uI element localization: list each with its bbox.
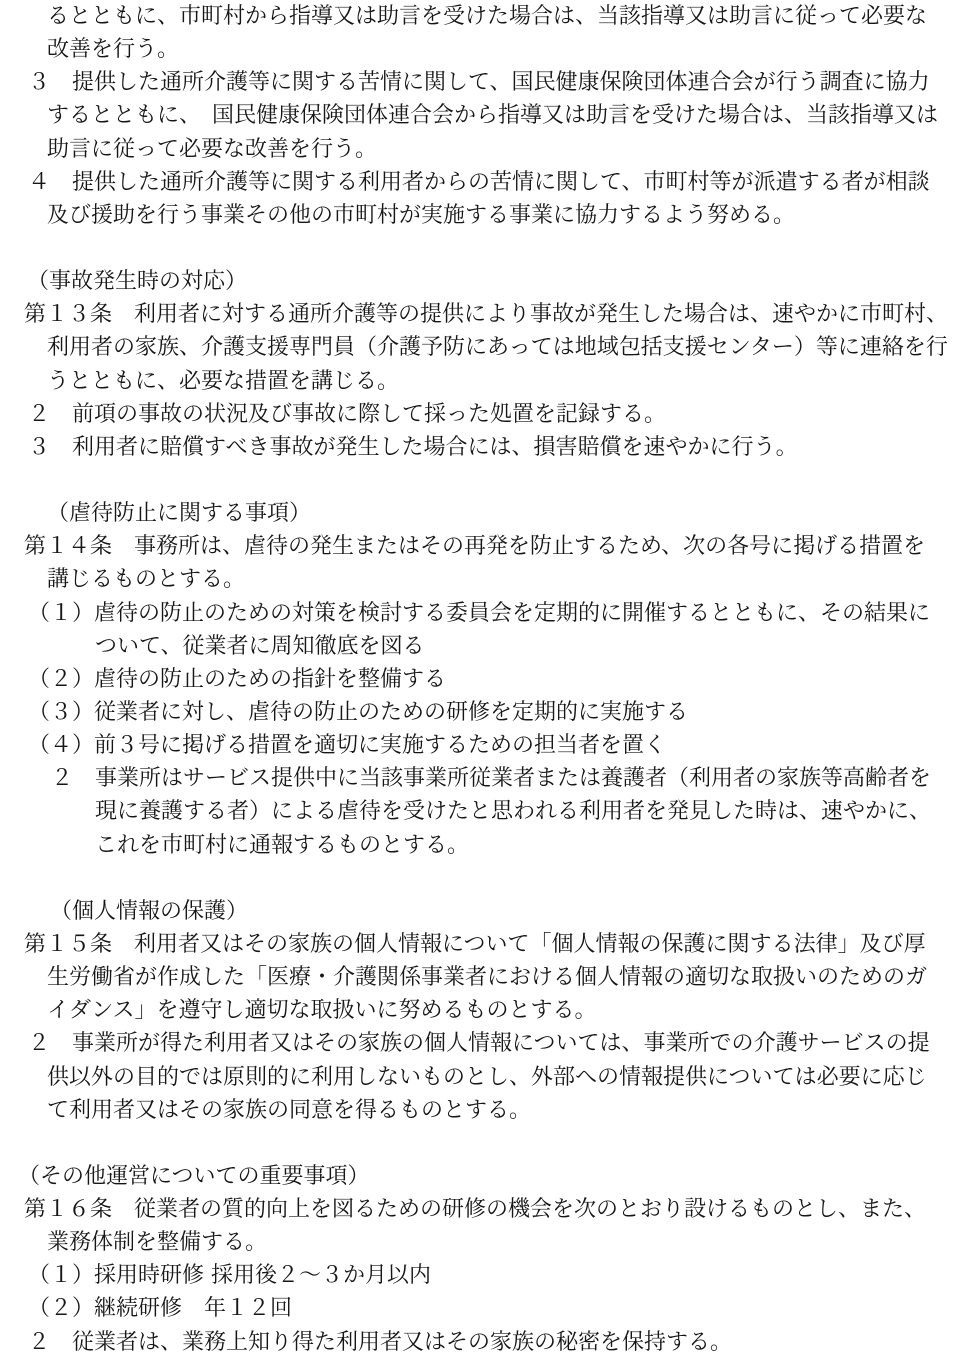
continuation-line: 助言に従って必要な改善を行う。 — [0, 133, 960, 166]
continuation-line: 改善を行う。 — [0, 33, 960, 66]
item-line: ３ 利用者に賠償すべき事故が発生した場合には、損害賠償を速やかに行う。 — [0, 431, 960, 464]
continuation-line: 生労働省が作成した「医療・介護関係事業者における個人情報の適切な取扱いのためのガ — [0, 961, 960, 994]
continuation-line: 現に養護する者）による虐待を受けたと思われる利用者を発見した時は、速やかに、 — [0, 795, 960, 828]
numbered-item-line: （４）前３号に掲げる措置を適切に実施するための担当者を置く — [0, 729, 960, 762]
numbered-item-line: （２）継続研修 年１２回 — [0, 1292, 960, 1325]
sub-item-line: ２ 事業所はサービス提供中に当該事業所従業者または養護者（利用者の家族等高齢者を — [0, 762, 960, 795]
continuation-line: 利用者の家族、介護支援専門員（介護予防にあっては地域包括支援センター）等に連絡を… — [0, 331, 960, 364]
continuation-line: 講じるものとする。 — [0, 563, 960, 596]
continuation-line: て利用者又はその家族の同意を得るものとする。 — [0, 1094, 960, 1127]
article-line: 第１６条 従業者の質的向上を図るための研修の機会を次のとおり設けるものとし、また… — [0, 1193, 960, 1226]
continuation-line: るとともに、市町村から指導又は助言を受けた場合は、当該指導又は助言に従って必要な — [0, 0, 960, 33]
numbered-item-line: （１）虐待の防止のための対策を検討する委員会を定期的に開催するとともに、その結果… — [0, 597, 960, 630]
continuation-line: 及び援助を行う事業その他の市町村が実施する事業に協力するよう努める。 — [0, 199, 960, 232]
section-heading: （その他運営についての重要事項） — [0, 1160, 960, 1193]
blank-line — [0, 232, 960, 265]
continuation-line: 業務体制を整備する。 — [0, 1226, 960, 1259]
article-line: 第１３条 利用者に対する通所介護等の提供により事故が発生した場合は、速やかに市町… — [0, 298, 960, 331]
article-line: 第１４条 事務所は、虐待の発生またはその再発を防止するため、次の各号に掲げる措置… — [0, 530, 960, 563]
section-heading: （事故発生時の対応） — [0, 265, 960, 298]
section-heading: （個人情報の保護） — [0, 895, 960, 928]
item-line: ２ 事業所が得た利用者又はその家族の個人情報については、事業所での介護サービスの… — [0, 1027, 960, 1060]
continuation-line: するとともに、 国民健康保険団体連合会から指導又は助言を受けた場合は、当該指導又… — [0, 99, 960, 132]
item-line: ４ 提供した通所介護等に関する利用者からの苦情に関して、市町村等が派遣する者が相… — [0, 166, 960, 199]
continuation-line: イダンス」を遵守し適切な取扱いに努めるものとする。 — [0, 994, 960, 1027]
item-line: ２ 前項の事故の状況及び事故に際して採った処置を記録する。 — [0, 398, 960, 431]
numbered-item-line: （３）従業者に対し、虐待の防止のための研修を定期的に実施する — [0, 696, 960, 729]
continuation-line: うとともに、必要な措置を講じる。 — [0, 365, 960, 398]
item-line: ３ 提供した通所介護等に関する苦情に関して、国民健康保険団体連合会が行う調査に協… — [0, 66, 960, 99]
document-page: るとともに、市町村から指導又は助言を受けた場合は、当該指導又は助言に従って必要な… — [0, 0, 960, 1371]
item-line: ２ 従業者は、業務上知り得た利用者又はその家族の秘密を保持する。 — [0, 1326, 960, 1359]
numbered-item-line: （１）採用時研修 採用後２～３か月以内 — [0, 1259, 960, 1292]
document-text: るとともに、市町村から指導又は助言を受けた場合は、当該指導又は助言に従って必要な… — [0, 0, 960, 1359]
continuation-line: 供以外の目的では原則的に利用しないものとし、外部への情報提供については必要に応じ — [0, 1061, 960, 1094]
continuation-line: ついて、従業者に周知徹底を図る — [0, 630, 960, 663]
blank-line — [0, 1127, 960, 1160]
blank-line — [0, 862, 960, 895]
article-line: 第１５条 利用者又はその家族の個人情報について「個人情報の保護に関する法律」及び… — [0, 928, 960, 961]
continuation-line: これを市町村に通報するものとする。 — [0, 829, 960, 862]
blank-line — [0, 464, 960, 497]
numbered-item-line: （２）虐待の防止のための指針を整備する — [0, 663, 960, 696]
section-heading: （虐待防止に関する事項） — [0, 497, 960, 530]
